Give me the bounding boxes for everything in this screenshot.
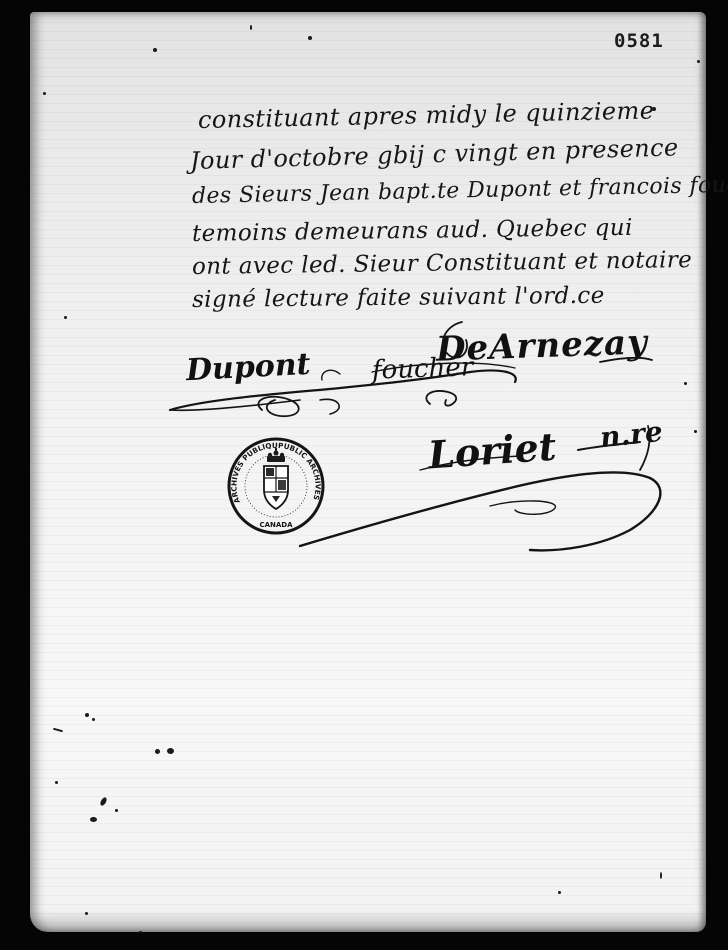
- dust-speck: [694, 430, 697, 433]
- dust-speck: [250, 25, 252, 30]
- dust-speck: [153, 48, 157, 52]
- signature-notary-suffix: n.re: [598, 415, 664, 454]
- dust-speck: [697, 60, 700, 63]
- dust-speck: [684, 382, 687, 385]
- dust-speck: [92, 718, 95, 721]
- stamp-text-country: CANADA: [259, 521, 293, 529]
- dust-speck: [115, 809, 118, 812]
- dust-speck: [64, 316, 67, 319]
- dust-speck: [55, 781, 58, 784]
- dust-speck: [308, 36, 312, 40]
- signature-dupont: Dupont: [185, 347, 311, 388]
- dust-speck: [558, 891, 561, 894]
- dust-speck: [90, 817, 97, 822]
- dust-speck: [155, 749, 160, 754]
- signature-foucher: foucher: [372, 352, 474, 386]
- signature-notary: Loriet: [427, 424, 558, 478]
- text-line-6: signé lecture faite suivant l'ord.ce: [192, 283, 605, 313]
- shield-icon: [264, 466, 288, 509]
- stamp-seal-icon: ARCHIVES PUBLIQUES PUBLIC ARCHIVES CANAD…: [226, 436, 326, 536]
- page-bottom-shadow: [30, 910, 706, 934]
- archives-stamp: ARCHIVES PUBLIQUES PUBLIC ARCHIVES CANAD…: [226, 436, 326, 536]
- dust-speck: [652, 107, 656, 111]
- dust-speck: [85, 713, 89, 717]
- dust-speck: [167, 748, 174, 754]
- page-number: 0581: [614, 30, 664, 52]
- dust-speck: [43, 92, 46, 95]
- dust-speck: [660, 872, 662, 879]
